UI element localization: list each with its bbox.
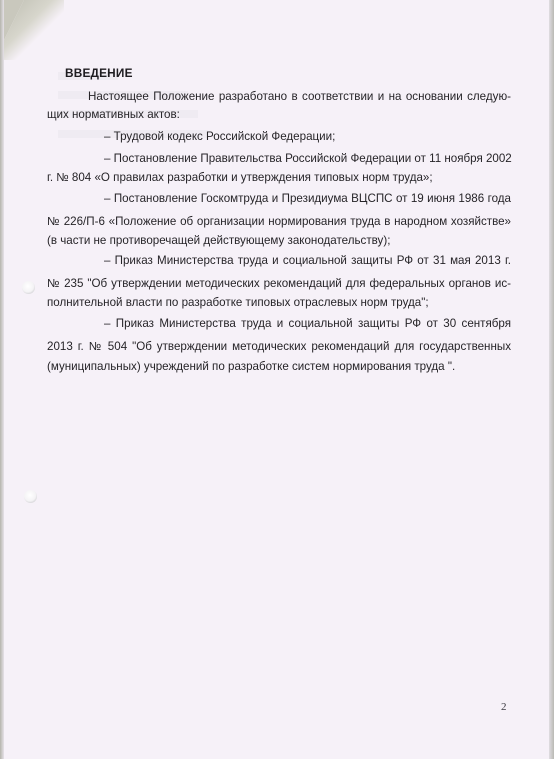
punch-hole-icon (22, 281, 35, 294)
page-edge-right (549, 0, 554, 759)
text-line: № 235 "Об утверждении методических реком… (47, 277, 511, 291)
text-line: Настоящее Положение разработано в соотве… (88, 90, 511, 104)
text-line: г. № 804 «О правилах разработки и утверж… (47, 171, 511, 185)
page-edge-left (0, 0, 4, 759)
list-item: – Постановление Правительства Российской… (104, 152, 511, 166)
text-line: щих нормативных актов: (47, 108, 511, 122)
list-item: – Приказ Министерства труда и социальной… (104, 317, 511, 331)
page-number: 2 (501, 701, 507, 713)
text-line: полнительной власти по разработке типовы… (47, 296, 511, 310)
list-item: – Приказ Министерства труда и социальной… (104, 254, 511, 268)
list-item: – Постановление Госкомтруда и Президиума… (104, 192, 511, 206)
text-line: № 226/П-6 «Положение об организации норм… (47, 215, 511, 229)
text-line: 2013 г. № 504 "Об утверждении методическ… (47, 340, 511, 354)
list-item: – Трудовой кодекс Российской Федерации; (104, 130, 554, 144)
section-heading: ВВЕДЕНИЕ (65, 66, 133, 80)
text-line: (в части не противоречащей действующему … (47, 234, 511, 248)
punch-hole-icon (24, 490, 37, 503)
text-line: (муниципальных) учреждений по разработке… (47, 360, 511, 374)
